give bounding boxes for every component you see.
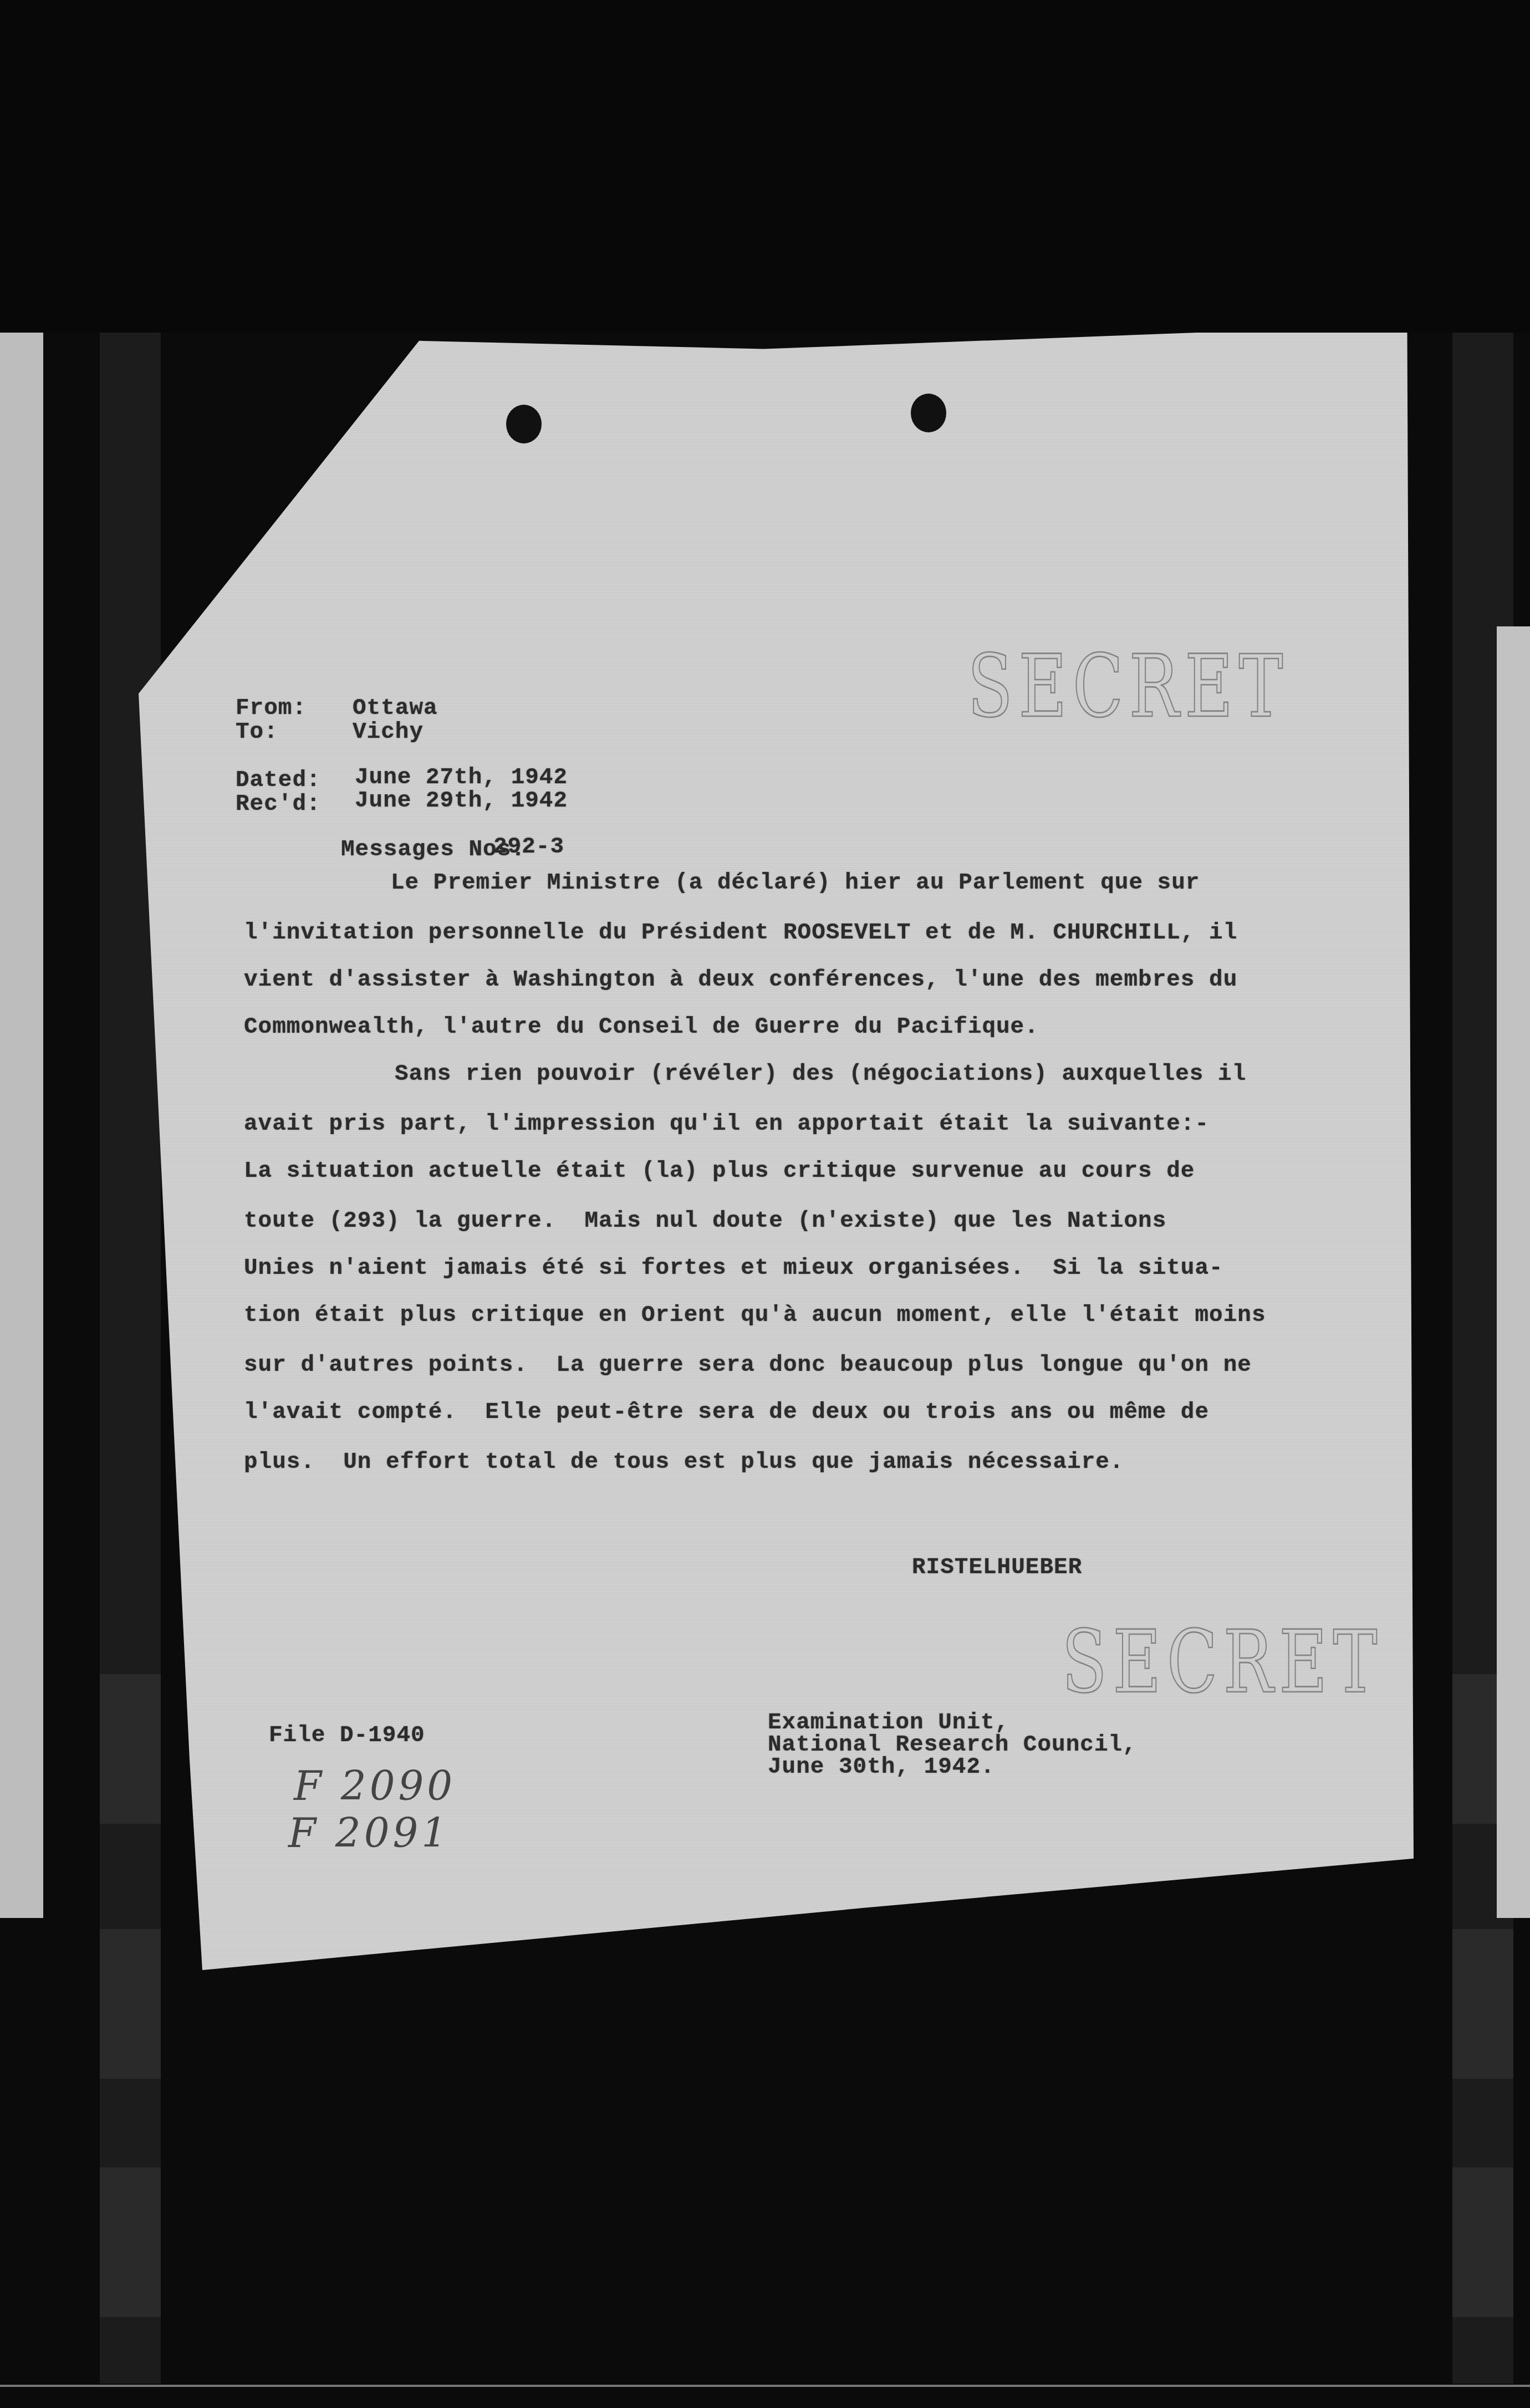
punch-hole <box>911 394 946 432</box>
messages-value: 292-3 <box>493 834 564 860</box>
from-value: Ottawa <box>353 696 438 721</box>
body-line: plus. Un effort total de tous est plus q… <box>244 1450 1124 1475</box>
recd-value: June 29th, 1942 <box>355 788 568 814</box>
body-line: La situation actuelle était (la) plus cr… <box>244 1159 1195 1184</box>
punch-hole <box>506 405 542 443</box>
film-perforation <box>1452 2167 1513 2317</box>
film-perforation <box>1452 1929 1513 2079</box>
examiner-line: June 30th, 1942. <box>768 1754 995 1780</box>
to-label: To: <box>236 720 278 745</box>
film-perforation <box>100 1929 161 2079</box>
dated-label: Dated: <box>236 768 321 793</box>
adjacent-page-right <box>1497 626 1530 1918</box>
body-line: toute (293) la guerre. Mais nul doute (n… <box>244 1208 1166 1234</box>
body-line: tion était plus critique en Orient qu'à … <box>244 1303 1266 1328</box>
body-line: sur d'autres points. La guerre sera donc… <box>244 1353 1252 1378</box>
body-line: vient d'assister à Washington à deux con… <box>244 967 1237 993</box>
file-reference: File D-1940 <box>269 1723 425 1748</box>
from-label: From: <box>236 696 307 721</box>
body-line: Sans rien pouvoir (révéler) des (négocia… <box>395 1062 1246 1087</box>
secret-stamp-faint: SECRET <box>1062 1613 1383 1713</box>
adjacent-page-left <box>0 333 43 1918</box>
body-line: avait pris part, l'impression qu'il en a… <box>244 1111 1209 1137</box>
microfilm-background <box>0 0 1530 333</box>
film-edge <box>0 2385 1530 2387</box>
handwritten-reference: F 2091 <box>288 1810 450 1856</box>
body-line: Unies n'aient jamais été si fortes et mi… <box>244 1256 1223 1281</box>
body-line: Commonwealth, l'autre du Conseil de Guer… <box>244 1014 1039 1040</box>
secret-stamp: SECRET <box>967 637 1289 737</box>
film-strip-left <box>100 333 161 2384</box>
recd-label: Rec'd: <box>236 792 321 817</box>
to-value: Vichy <box>353 720 424 745</box>
dated-value: June 27th, 1942 <box>355 765 568 790</box>
body-line: Le Premier Ministre (a déclaré) hier au … <box>391 870 1200 896</box>
film-perforation <box>100 1674 161 1824</box>
handwritten-reference: F 2090 <box>294 1763 456 1809</box>
body-line: l'avait compté. Elle peut-être sera de d… <box>244 1400 1209 1425</box>
body-line: l'invitation personnelle du Président RO… <box>244 920 1237 946</box>
film-perforation <box>100 2167 161 2317</box>
signature: RISTELHUEBER <box>912 1555 1082 1580</box>
